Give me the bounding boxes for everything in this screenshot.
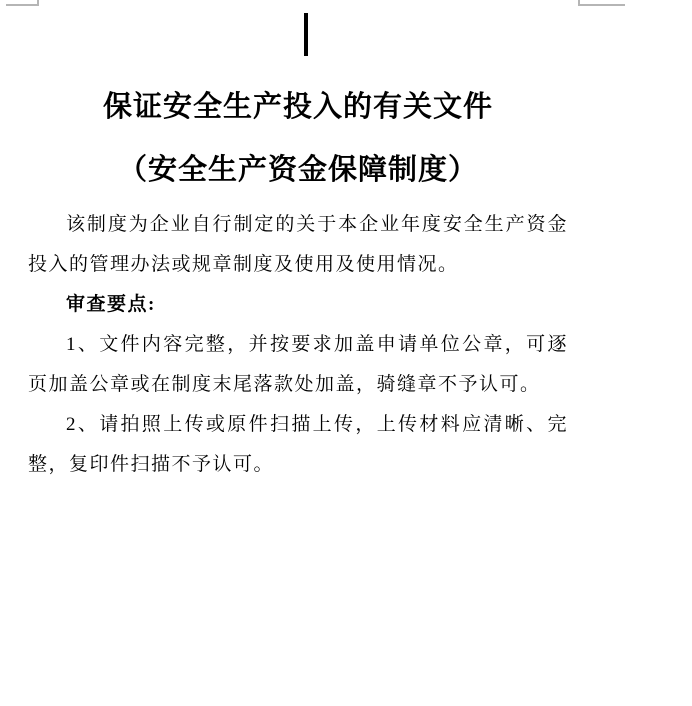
text-cursor [304, 13, 308, 56]
intro-paragraph: 该制度为企业自行制定的关于本企业年度安全生产资金投入的管理办法或规章制度及使用及… [28, 205, 568, 285]
review-point-1: 1、文件内容完整，并按要求加盖申请单位公章，可逐页加盖公章或在制度末尾落款处加盖… [28, 325, 568, 405]
document-subtitle: （安全生产资金保障制度） [28, 139, 568, 202]
table-border-fragment-top-left [6, 0, 39, 6]
review-points-heading: 审查要点: [28, 285, 568, 325]
document-content: 保证安全生产投入的有关文件 （安全生产资金保障制度） 该制度为企业自行制定的关于… [28, 76, 568, 485]
table-border-fragment-top-right [578, 0, 625, 6]
document-body: 该制度为企业自行制定的关于本企业年度安全生产资金投入的管理办法或规章制度及使用及… [28, 205, 568, 485]
document-title: 保证安全生产投入的有关文件 [28, 76, 568, 139]
document-page: 保证安全生产投入的有关文件 （安全生产资金保障制度） 该制度为企业自行制定的关于… [0, 0, 692, 706]
review-point-2: 2、请拍照上传或原件扫描上传，上传材料应清晰、完整，复印件扫描不予认可。 [28, 405, 568, 485]
